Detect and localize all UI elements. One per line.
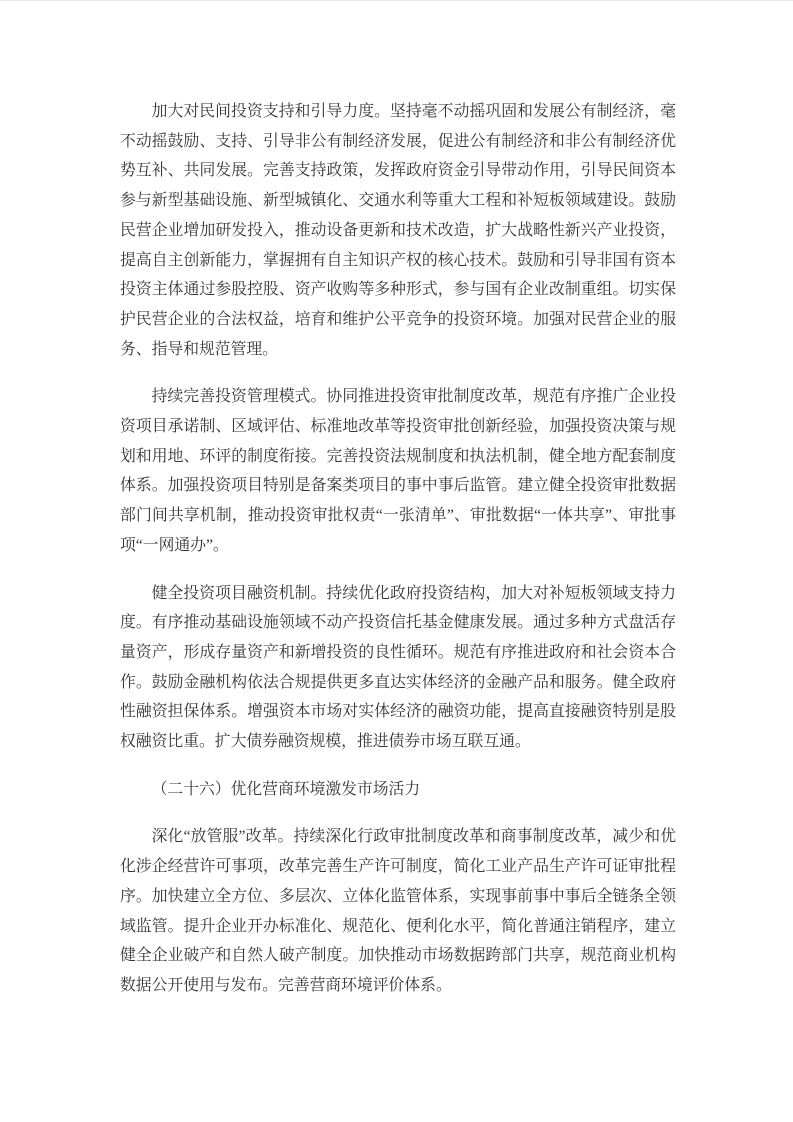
paragraph-fangguanfu-reform: 深化“放管服”改革。持续深化行政审批制度改革和商事制度改革，减少和优化涉企经营许…	[120, 822, 676, 1000]
paragraph-investment-management-model: 持续完善投资管理模式。协同推进投资审批制度改革，规范有序推广企业投资项目承诺制、…	[120, 382, 676, 560]
paragraph-private-investment-support: 加大对民间投资支持和引导力度。坚持毫不动摇巩固和发展公有制经济，毫不动摇鼓励、支…	[120, 97, 676, 364]
document-content: 加大对民间投资支持和引导力度。坚持毫不动摇巩固和发展公有制经济，毫不动摇鼓励、支…	[0, 1, 793, 1001]
document-page: 加大对民间投资支持和引导力度。坚持毫不动摇巩固和发展公有制经济，毫不动摇鼓励、支…	[0, 0, 793, 1122]
section-heading-26-business-environment: （二十六）优化营商环境激发市场活力	[120, 775, 676, 805]
paragraph-project-financing-mechanism: 健全投资项目融资机制。持续优化政府投资结构，加大对补短板领域支持力度。有序推动基…	[120, 579, 676, 757]
